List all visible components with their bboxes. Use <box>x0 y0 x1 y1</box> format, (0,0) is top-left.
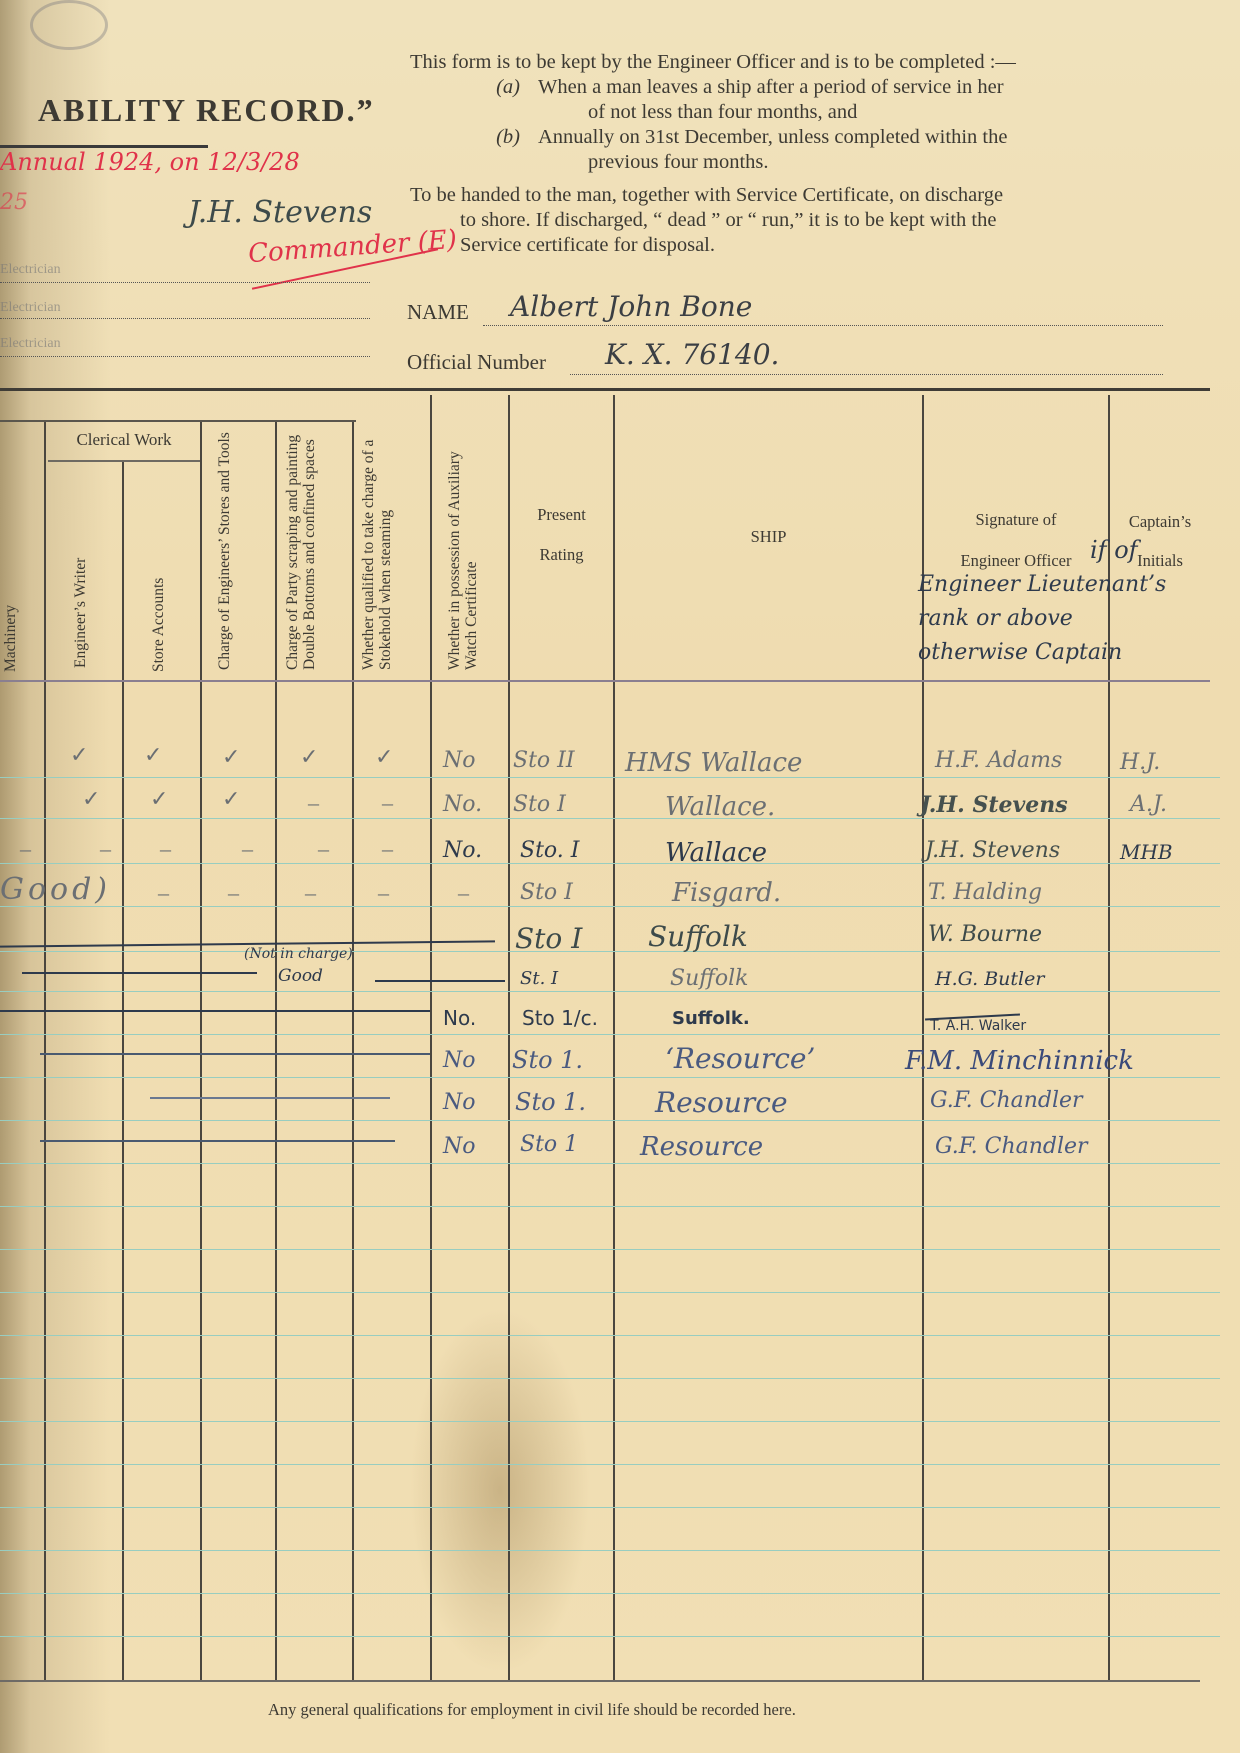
ruled-line <box>0 1421 1220 1422</box>
row-5-party-scraping-note: Good <box>278 966 323 986</box>
row-1-aux-watch: No. <box>443 792 482 817</box>
row-2-signature: J.H. Stevens <box>925 838 1060 863</box>
handover-text: To be handed to the man, together with S… <box>410 183 1170 208</box>
handover-text-2: to shore. If discharged, “ dead ” or “ r… <box>410 208 1170 233</box>
row-0-captain-initials: H.J. <box>1120 750 1160 775</box>
row-3-stokehold: – <box>378 880 389 906</box>
ruled-line <box>0 1593 1220 1594</box>
row-5-rating: St. I <box>520 968 558 989</box>
row-3-stores-tools: – <box>228 880 239 906</box>
row-3-machinery: Good) <box>0 872 111 907</box>
row-1-engineers-writer: ✓ <box>82 786 100 812</box>
col-header-rating-2: Rating <box>510 545 613 565</box>
col-header-aux-watch: Whether in possession of Auxiliary Watch… <box>446 410 480 670</box>
ruled-line <box>0 1206 1220 1207</box>
row-0-store-accounts: ✓ <box>144 742 162 768</box>
table-top-rule <box>0 388 1210 391</box>
row-2-engineers-writer: – <box>100 836 111 862</box>
official-number-value: K. X. 76140. <box>605 338 779 371</box>
signature-note-4: otherwise Captain <box>918 640 1122 665</box>
left-field-line <box>0 318 370 319</box>
ink-stamp <box>30 0 108 50</box>
row-8-rating: Sto 1. <box>515 1088 586 1116</box>
left-field-line <box>0 282 370 283</box>
col-divider <box>122 460 124 1680</box>
name-value: Albert John Bone <box>510 290 752 323</box>
row-2-store-accounts: – <box>160 836 171 862</box>
row-1-stokehold: – <box>382 790 393 816</box>
row-7-ship: ‘Resource’ <box>665 1042 815 1075</box>
signature-note-2: Engineer Lieutenant’s <box>918 572 1166 597</box>
group-header-rule <box>48 460 200 462</box>
item-a-text: When a man leaves a ship after a period … <box>538 75 1004 100</box>
row-4-signature: W. Bourne <box>928 922 1042 947</box>
row-0-stores-tools: ✓ <box>222 744 240 770</box>
row-6-aux-watch: No. <box>443 1006 476 1030</box>
ruled-line <box>0 951 1220 952</box>
official-number-line <box>570 374 1163 375</box>
row-3-signature: T. Halding <box>928 880 1042 905</box>
row-2-party-scraping: – <box>318 836 329 862</box>
left-field-label: Electrician <box>0 336 61 352</box>
row-2-stokehold: – <box>382 836 393 862</box>
item-a-text-2: of not less than four months, and <box>410 100 1170 125</box>
ruled-line <box>0 1464 1220 1465</box>
col-header-signature-2: Engineer Officer <box>924 551 1108 571</box>
row-1-store-accounts: ✓ <box>150 786 168 812</box>
row-9-aux-watch: No <box>443 1134 476 1159</box>
row-5-signature: H.G. Butler <box>935 968 1044 990</box>
row-0-stokehold: ✓ <box>375 744 393 770</box>
row-9-rating: Sto 1 <box>520 1132 578 1157</box>
authorizing-signature: J.H. Stevens <box>188 195 372 230</box>
row-2-stores-tools: – <box>242 836 253 862</box>
pen-strike-line <box>0 1010 430 1012</box>
handover-text-3: Service certificate for disposal. <box>410 233 1170 258</box>
col-header-store-accounts: Store Accounts <box>150 532 167 672</box>
col-divider <box>613 395 615 1680</box>
ruled-line <box>0 1120 1220 1121</box>
instruction-item-b: (b) Annually on 31st December, unless co… <box>410 125 1170 150</box>
row-7-aux-watch: No <box>443 1048 476 1073</box>
item-b-label: (b) <box>410 125 538 150</box>
ruled-line <box>0 1636 1220 1637</box>
item-a-label: (a) <box>410 75 538 100</box>
instruction-item-a: (a) When a man leaves a ship after a per… <box>410 75 1170 100</box>
row-6-rating: Sto 1/c. <box>522 1006 598 1030</box>
row-0-aux-watch: No <box>443 748 476 773</box>
col-header-engineers-writer: Engineer’s Writer <box>72 508 89 668</box>
ruled-line <box>0 1550 1220 1551</box>
row-7-signature: F.M. Minchinnick <box>905 1046 1134 1076</box>
instructions-block: This form is to be kept by the Engineer … <box>410 50 1170 258</box>
row-2-captain-initials: MHB <box>1120 840 1173 864</box>
left-field-label: Electrician <box>0 300 61 316</box>
col-divider <box>352 422 354 1680</box>
ruled-line <box>0 1378 1220 1379</box>
row-1-party-scraping: – <box>308 790 319 816</box>
row-0-rating: Sto II <box>513 748 575 773</box>
header-bottom-rule <box>0 680 1210 682</box>
row-9-signature: G.F. Chandler <box>935 1134 1088 1159</box>
red-annotation: Annual 1924, on 12/3/28 <box>0 148 300 176</box>
pen-strike-line <box>40 1053 430 1055</box>
ruled-line <box>0 777 1220 778</box>
ruled-line <box>0 1292 1220 1293</box>
col-divider <box>44 422 46 1680</box>
row-3-ship: Fisgard. <box>672 878 781 908</box>
col-header-signature-1: Signature of <box>924 510 1108 530</box>
row-0-signature: H.F. Adams <box>935 748 1062 773</box>
pen-strike-line <box>22 972 257 974</box>
col-header-stokehold: Whether qualified to take charge of a St… <box>360 412 394 670</box>
row-3-party-scraping: – <box>305 880 316 906</box>
ruled-line <box>0 906 1220 907</box>
left-field-label: Electrician <box>0 262 61 278</box>
official-number-label: Official Number <box>407 350 546 375</box>
col-header-ship: SHIP <box>615 527 922 547</box>
row-5-stores-tools-note: (Not in charge) <box>244 946 353 962</box>
ruled-line <box>0 863 1220 864</box>
row-6-signature: T. A.H. Walker <box>930 1018 1026 1034</box>
footer-note: Any general qualifications for employmen… <box>268 1700 796 1720</box>
row-3-rating: Sto I <box>520 880 573 905</box>
instructions-intro: This form is to be kept by the Engineer … <box>410 50 1170 75</box>
row-0-ship: HMS Wallace <box>625 748 802 778</box>
col-header-stores-tools: Charge of Engineers’ Stores and Tools <box>216 430 233 670</box>
pen-strike-line <box>40 1140 395 1142</box>
col-divider <box>508 395 510 1680</box>
ruled-line <box>0 818 1220 819</box>
row-2-machinery: – <box>20 836 31 862</box>
col-header-rating-1: Present <box>510 505 613 525</box>
ruled-line <box>0 1163 1220 1164</box>
ruled-line <box>0 1507 1220 1508</box>
row-1-captain-initials: A.J. <box>1130 792 1167 817</box>
table-sub-rule <box>0 420 356 422</box>
pen-strike-line <box>150 1097 390 1099</box>
row-0-engineers-writer: ✓ <box>70 742 88 768</box>
col-header-machinery: Machinery <box>2 552 19 672</box>
row-2-rating: Sto. I <box>520 838 579 863</box>
row-6-ship: Suffolk. <box>672 1008 750 1029</box>
row-7-rating: Sto 1. <box>512 1046 583 1074</box>
item-b-text-2: previous four months. <box>410 150 1170 175</box>
row-3-aux-watch: – <box>458 880 469 906</box>
ruled-line <box>0 1077 1220 1078</box>
left-field-line <box>0 356 370 357</box>
name-label: NAME <box>407 300 469 325</box>
row-1-signature: J.H. Stevens <box>920 792 1068 818</box>
col-divider <box>200 422 202 1680</box>
row-2-aux-watch: No. <box>443 838 482 863</box>
pen-strike-line <box>375 980 505 982</box>
red-annotation-2: 25 <box>0 190 28 215</box>
row-8-ship: Resource <box>655 1086 788 1119</box>
row-8-signature: G.F. Chandler <box>930 1088 1083 1113</box>
row-4-ship: Suffolk <box>648 920 748 953</box>
row-3-store-accounts: – <box>158 880 169 906</box>
ruled-line <box>0 1249 1220 1250</box>
col-header-party-scraping: Charge of Party scraping and painting Do… <box>284 428 318 670</box>
ruled-line <box>0 1034 1220 1035</box>
signature-note-3: rank or above <box>918 606 1073 631</box>
row-9-ship: Resource <box>640 1132 763 1162</box>
table-bottom-rule <box>0 1680 1200 1682</box>
ruled-line <box>0 991 1220 992</box>
col-divider <box>275 422 277 1680</box>
row-1-ship: Wallace. <box>665 792 775 822</box>
name-line <box>483 325 1163 326</box>
col-header-captain-1: Captain’s <box>1110 512 1210 532</box>
row-0-party-scraping: ✓ <box>300 744 318 770</box>
row-5-ship: Suffolk <box>670 966 748 991</box>
row-4-rating: Sto I <box>515 922 582 955</box>
record-page <box>0 0 1240 1753</box>
ruled-line <box>0 1335 1220 1336</box>
row-8-aux-watch: No <box>443 1090 476 1115</box>
item-b-text: Annually on 31st December, unless comple… <box>538 125 1007 150</box>
page-title: ABILITY RECORD.” <box>38 92 375 129</box>
col-divider <box>430 395 432 1680</box>
group-header-clerical-work: Clerical Work <box>48 430 200 450</box>
row-1-stores-tools: ✓ <box>222 786 240 812</box>
row-2-ship: Wallace <box>665 838 767 868</box>
row-1-rating: Sto I <box>513 792 566 817</box>
col-header-captain-2: Initials <box>1110 551 1210 571</box>
